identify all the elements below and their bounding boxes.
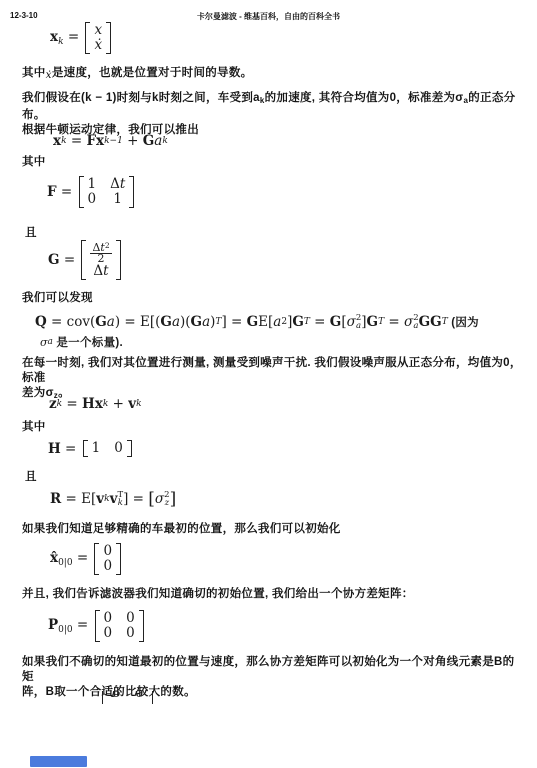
para-init-position: 如果我们知道足够精确的车最初的位置，那么我们可以初始化 — [22, 522, 522, 537]
formula-lhs: H = — [48, 441, 81, 457]
bracket-right-icon — [116, 240, 121, 280]
matrix-cell: B — [111, 691, 121, 701]
label-and-1: 且 — [25, 226, 525, 241]
formula-Q-line1: Q = cov(Ga) = E[(Ga)(Ga)T] = GE[a2]GT = … — [35, 314, 479, 330]
matrix-P: 0 0 0 0 — [95, 610, 144, 642]
matrix-cell: 0 — [126, 626, 135, 641]
bracket-right-icon — [116, 543, 121, 575]
matrix-cell: 1 — [113, 192, 122, 207]
matrix-cell: 0 — [104, 626, 113, 641]
formula-motion: xk = Fxk−1 + Gak — [53, 133, 168, 149]
para-covariance-note: 并且, 我们告诉滤波器我们知道确切的初始位置, 我们给出一个协方差矩阵： — [22, 587, 522, 602]
formula-lhs: F = — [47, 184, 77, 200]
matrix-cell: 0 — [104, 611, 113, 626]
matrix-cell: 0 — [114, 441, 123, 456]
para-line: 在每一时刻, 我们对其位置进行测量, 测量受到噪声干扰. 我们假设噪声服从正态分… — [22, 356, 522, 386]
formula-lhs: P0|0 = — [48, 617, 93, 635]
matrix-cell: 0 — [103, 559, 112, 574]
matrix-cell: 0 — [88, 192, 97, 207]
bracket-right-icon — [139, 610, 144, 642]
formula-initial-state: x̂0|0 = 0 0 — [50, 543, 121, 575]
para-line: 我们假设在(k − 1)时刻与k时刻之间，车受到ak的加速度, 其符合均值为0，… — [22, 91, 522, 123]
para-line: 阵，B取一个合适的比较大的数。 — [22, 685, 522, 700]
matrix-cell: 0 — [126, 611, 135, 626]
matrix-cell: 1 — [88, 177, 97, 192]
header-title: 卡尔曼滤波 - 维基百科，自由的百科全书 — [0, 11, 537, 22]
matrix-cell: Δt — [110, 177, 125, 192]
document-page: 12-3-10 卡尔曼滤波 - 维基百科，自由的百科全书 xk = x ẋ 其中… — [0, 0, 537, 768]
matrix-state: x ẋ — [85, 22, 111, 54]
label-where-1: 其中 — [22, 155, 522, 170]
para-line: 如果我们不确切的知道最初的位置与速度，那么协方差矩阵可以初始化为一个对角线元素是… — [22, 655, 522, 685]
formula-Q-line2: σa 是一个标量). — [40, 334, 123, 350]
formula-R: R = E[vkvTk] = [σ2z] — [50, 489, 176, 509]
para-uncertain-init: 如果我们不确切的知道最初的位置与速度，那么协方差矩阵可以初始化为一个对角线元素是… — [22, 655, 522, 700]
matrix-G: Δt2 2 Δt — [81, 240, 120, 280]
matrix-F: 1 Δt 0 1 — [79, 176, 135, 208]
matrix-cell: x — [94, 23, 102, 38]
label-and-2: 且 — [25, 470, 525, 485]
para-assumption: 我们假设在(k − 1)时刻与k时刻之间，车受到ak的加速度, 其符合均值为0，… — [22, 91, 522, 138]
formula-observation: zk = Hxk + vk — [49, 396, 142, 412]
formula-H: H = 1 0 — [48, 440, 132, 457]
bracket-right-icon — [127, 440, 132, 457]
label-we-find: 我们可以发现 — [22, 291, 522, 306]
bracket-right-icon — [129, 176, 134, 208]
bracket-right-icon — [106, 22, 111, 54]
matrix-initial-state: 0 0 — [94, 543, 121, 575]
formula-lhs: G = — [48, 252, 79, 268]
matrix-cell: 0 — [135, 691, 144, 701]
matrix-cell: 0 — [103, 544, 112, 559]
matrix-H: 1 0 — [83, 440, 132, 457]
matrix-cell: ẋ — [94, 38, 102, 53]
formula-F: F = 1 Δt 0 1 — [47, 176, 134, 208]
matrix-cell: Δt — [93, 264, 108, 279]
matrix-B-clipped: B 0 — [102, 691, 153, 704]
footer-link-marker — [30, 756, 87, 767]
label-where-2: 其中 — [22, 420, 522, 435]
formula-lhs: x̂0|0 = — [50, 550, 92, 568]
para-velocity-note: 其中ẋ是速度，也就是位置对于时间的导数。 — [22, 66, 522, 83]
formula-initial-covariance: P0|0 = 0 0 0 0 — [48, 610, 144, 642]
bracket-right-icon — [148, 691, 153, 704]
matrix-cell: 1 — [92, 441, 101, 456]
formula-B-matrix-clipped: B 0 — [100, 691, 153, 704]
fraction: Δt2 2 — [90, 241, 111, 264]
formula-lhs: xk = — [50, 29, 83, 47]
formula-G: G = Δt2 2 Δt — [48, 240, 121, 280]
formula-state-vector: xk = x ẋ — [50, 22, 111, 54]
